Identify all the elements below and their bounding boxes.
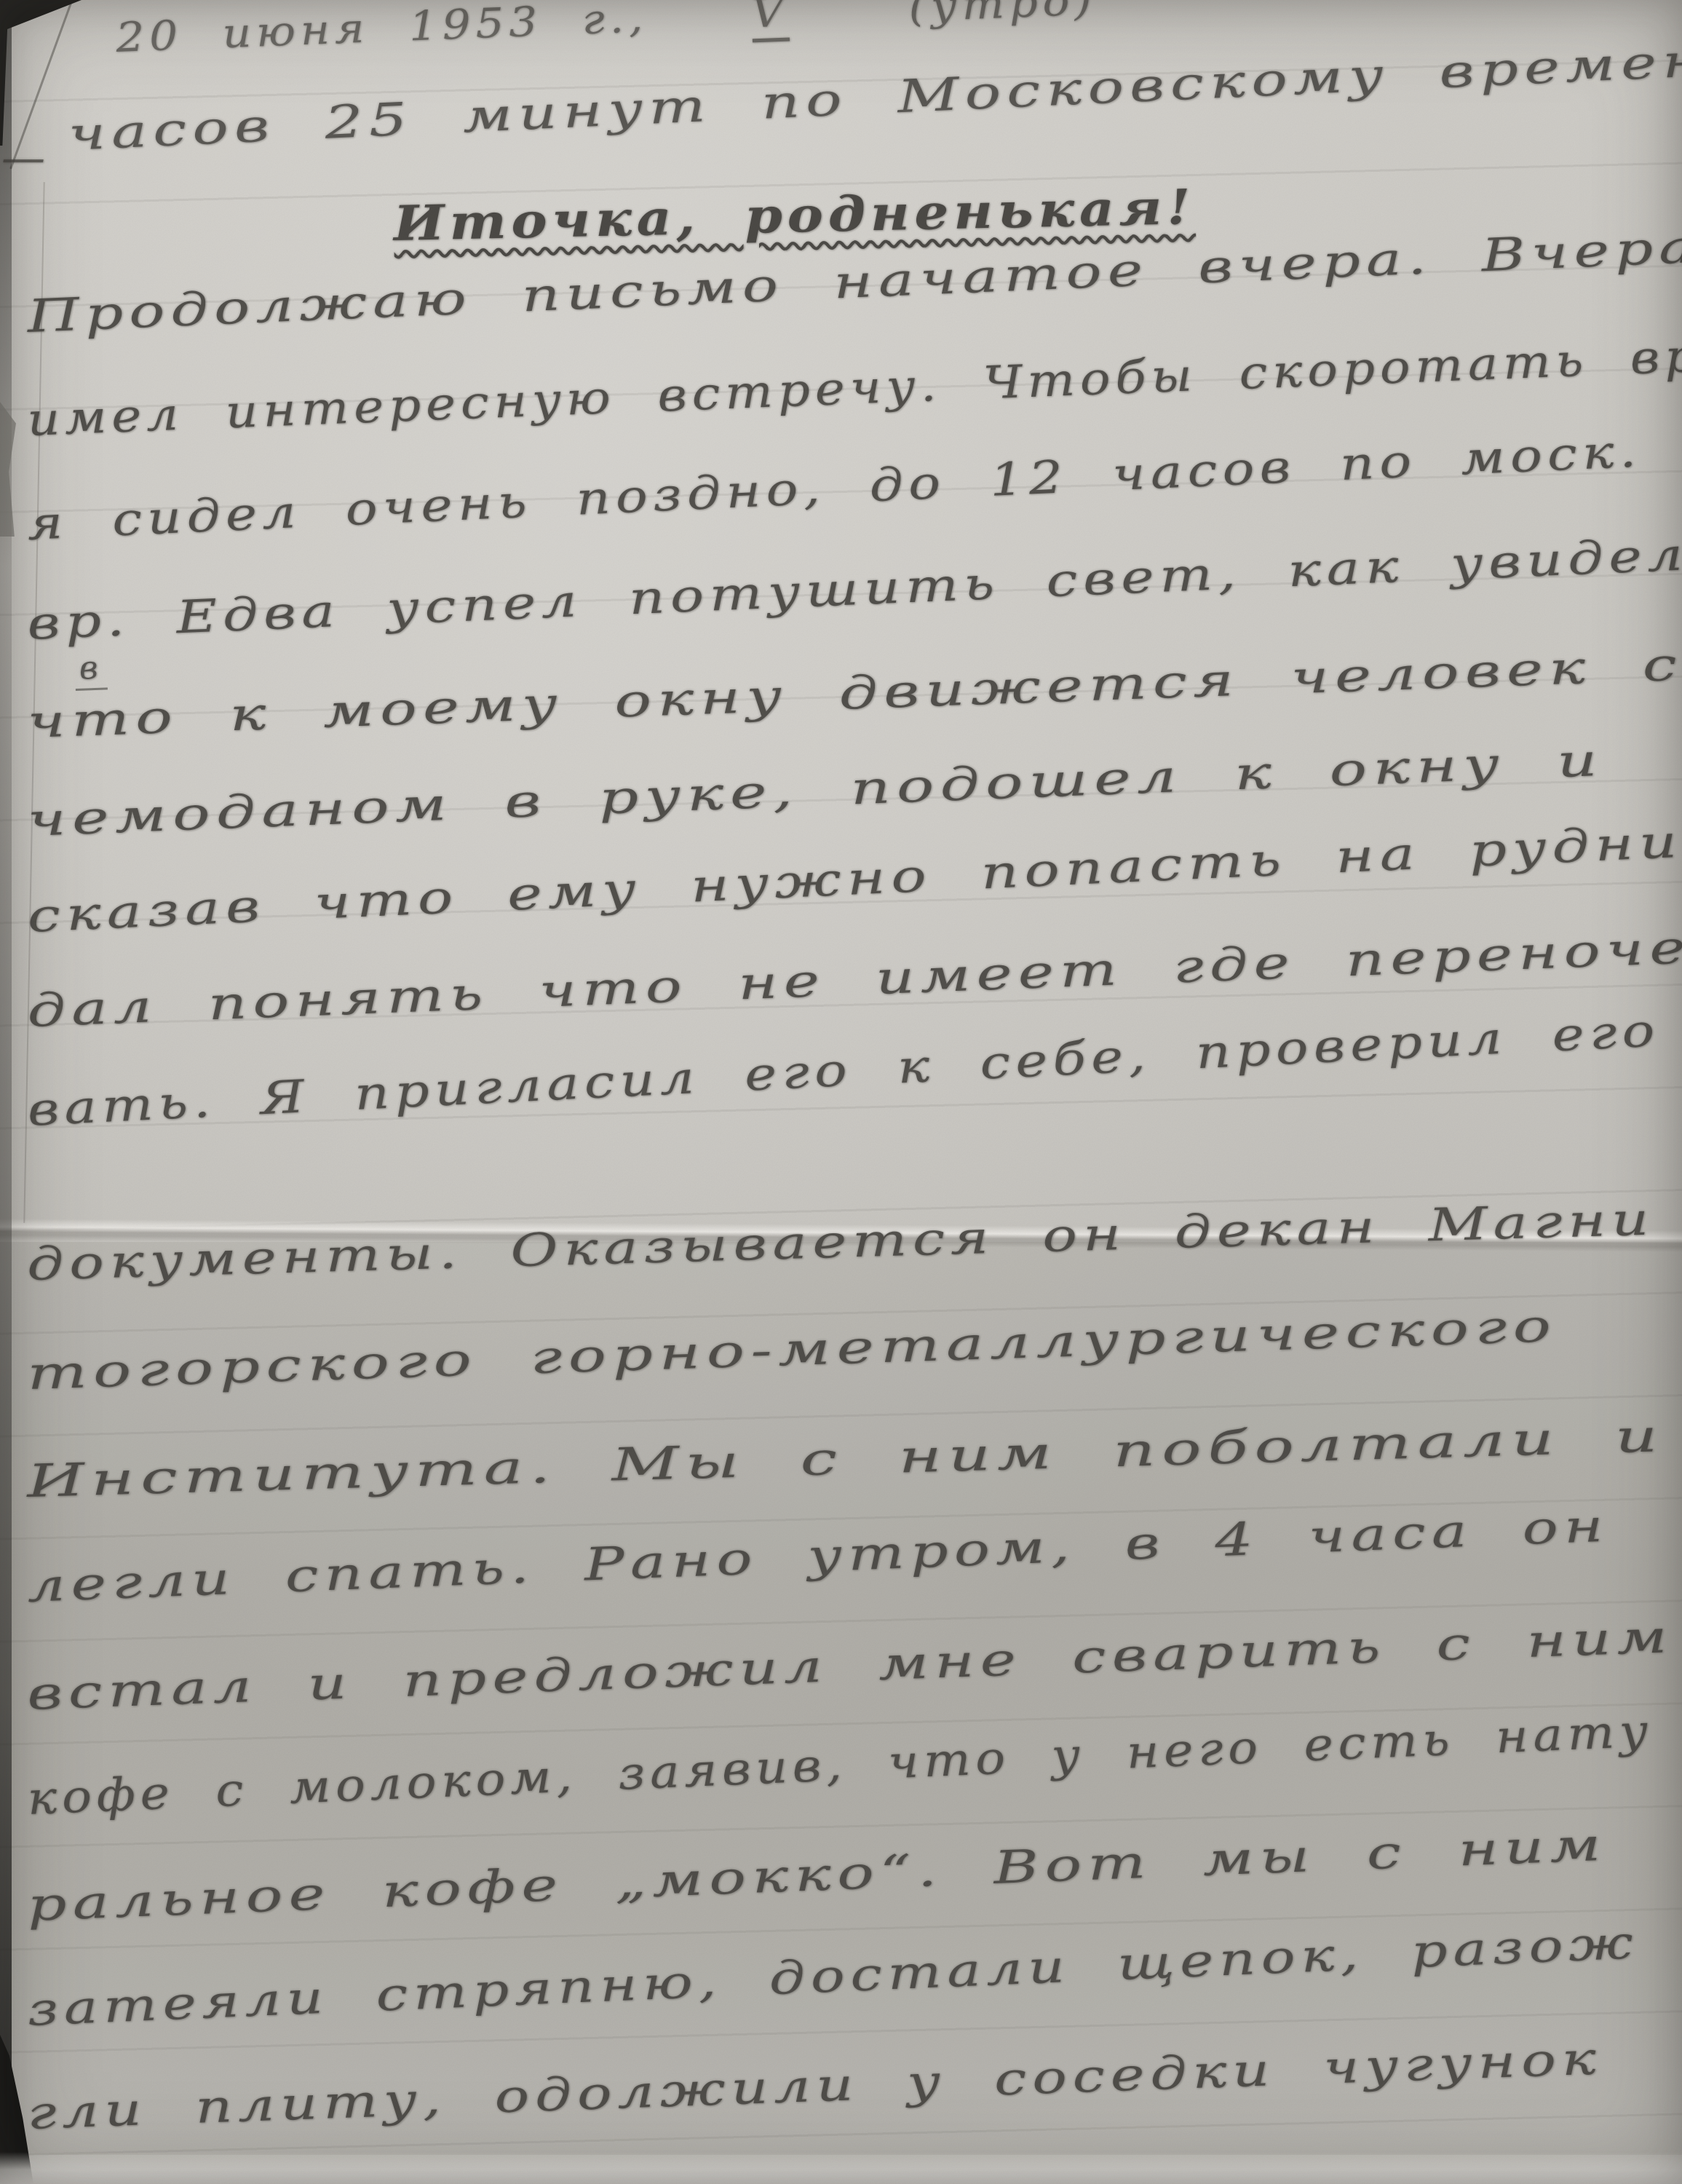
letter-page: 20 июня 1953 г.,V(утро) — часов 25 минут… xyxy=(0,0,1682,2184)
paper-grain-texture xyxy=(0,0,1682,2184)
